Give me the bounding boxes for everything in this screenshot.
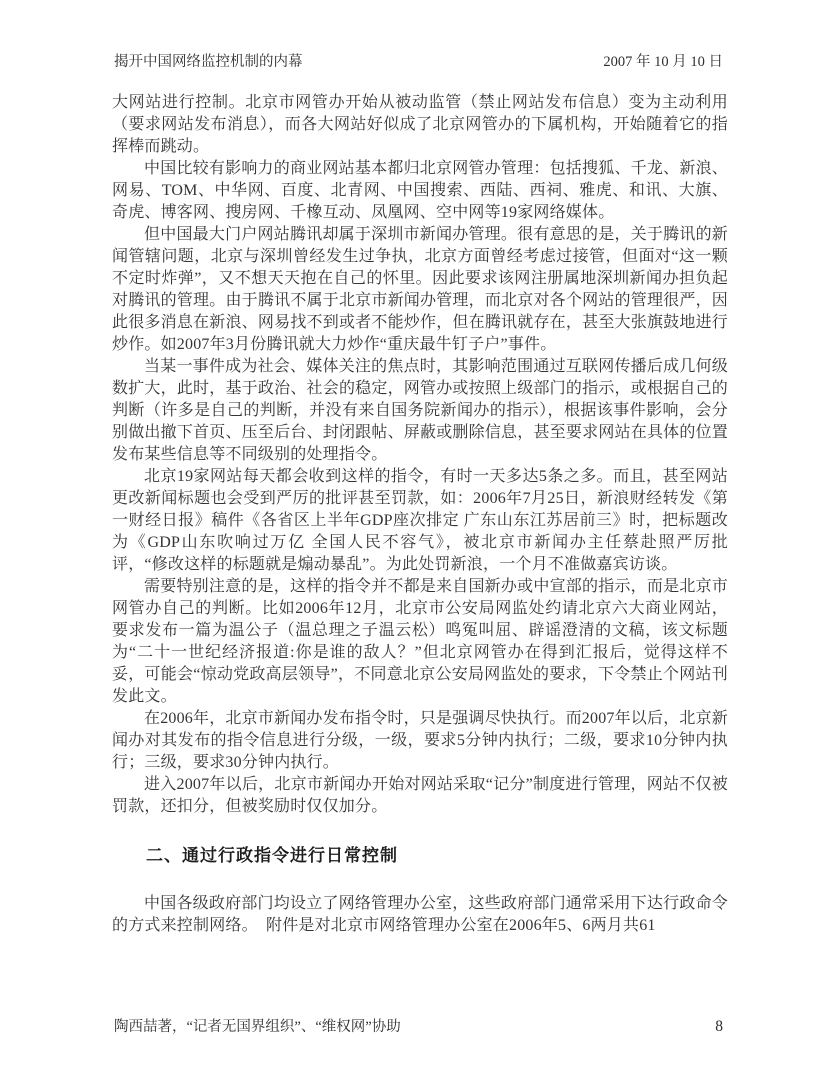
header-date: 2007 年 10 月 10 日 <box>603 50 723 71</box>
body-paragraph: 中国比较有影响力的商业网站基本都归北京网管办管理：包括搜狐、千龙、新浪、网易、T… <box>112 158 728 224</box>
body-paragraph: 但中国最大门户网站腾讯却属于深圳市新闻办管理。很有意思的是，关于腾讯的新闻管辖问… <box>112 224 728 356</box>
page-header: 揭开中国网络监控机制的内幕 2007 年 10 月 10 日 <box>114 50 723 71</box>
page-content: 大网站进行控制。北京市网管办开始从被动监管（禁止网站发布信息）变为主动利用（要求… <box>112 92 728 937</box>
header-title: 揭开中国网络监控机制的内幕 <box>114 50 303 71</box>
body-paragraph: 当某一事件成为社会、媒体关注的焦点时，其影响范围通过互联网传播后成几何级数扩大，… <box>112 356 728 466</box>
document-page: 揭开中国网络监控机制的内幕 2007 年 10 月 10 日 大网站进行控制。北… <box>0 0 835 1080</box>
footer-credit: 陶西喆著，“记者无国界组织”、“维权网”协助 <box>114 1015 401 1036</box>
body-paragraph: 需要特别注意的是，这样的指令并不都是来自国新办或中宣部的指示，而是北京市网管办自… <box>112 576 728 708</box>
body-paragraph: 北京19家网站每天都会收到这样的指令，有时一天多达5条之多。而且，甚至网站更改新… <box>112 466 728 576</box>
body-paragraph: 大网站进行控制。北京市网管办开始从被动监管（禁止网站发布信息）变为主动利用（要求… <box>112 92 728 158</box>
closing-paragraph: 中国各级政府部门均设立了网络管理办公室，这些政府部门通常采用下达行政命令的方式来… <box>112 893 728 937</box>
body-paragraph: 在2006年，北京市新闻办发布指令时，只是强调尽快执行。而2007年以后，北京新… <box>112 708 728 774</box>
body-paragraph: 进入2007年以后，北京市新闻办开始对网站采取“记分”制度进行管理，网站不仅被罚… <box>112 774 728 818</box>
section-heading: 二、通过行政指令进行日常控制 <box>112 845 728 867</box>
footer-page-number: 8 <box>715 1018 723 1036</box>
page-footer: 陶西喆著，“记者无国界组织”、“维权网”协助 8 <box>114 1015 723 1036</box>
